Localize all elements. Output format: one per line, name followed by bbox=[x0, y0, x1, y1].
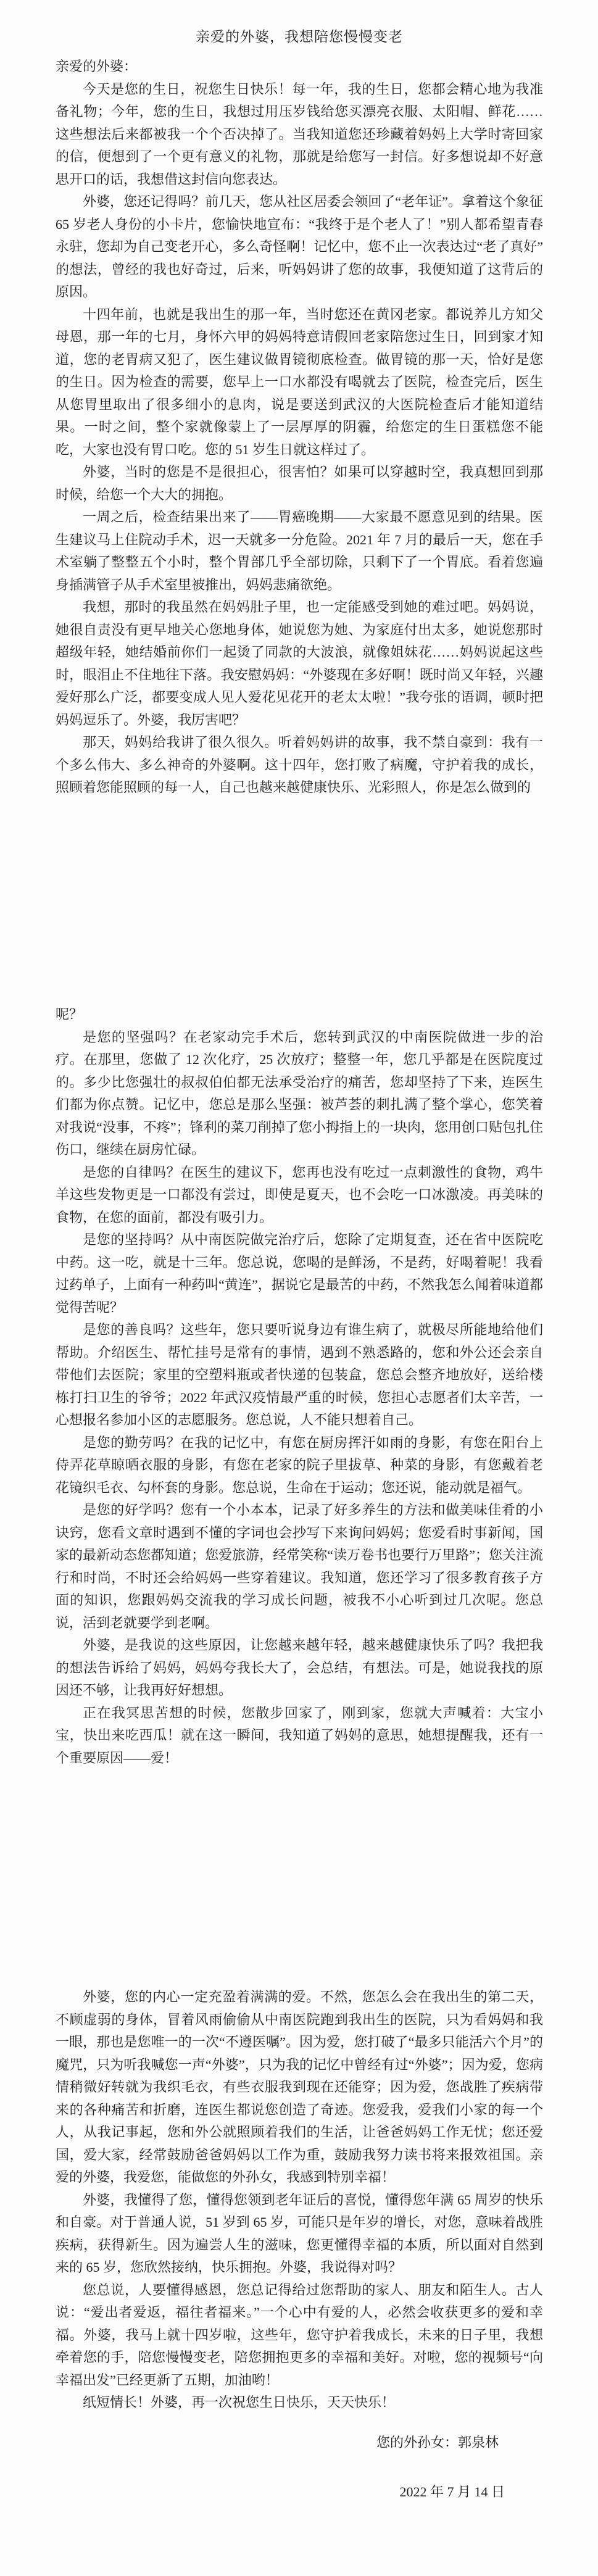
letter-page-2: 呢？ 是您的坚强吗？在老家动完手术后，您转到武汉的中南医院做进一步的治疗。在那里… bbox=[56, 1003, 543, 1769]
letter-paragraph: 那天，妈妈给我讲了很久很久。听着妈妈讲的故事，我不禁自豪到：我有一个多么伟大、多… bbox=[56, 731, 543, 799]
letter-salutation: 亲爱的外婆： bbox=[56, 56, 543, 78]
letter-paragraph: 我想，那时的我虽然在妈妈肚子里，也一定能感受到她的难过吧。妈妈说，她很自责没有更… bbox=[56, 596, 543, 731]
letter-paragraph: 是您的坚强吗？在老家动完手术后，您转到武汉的中南医院做进一步的治疗。在那里，您做… bbox=[56, 1026, 543, 1161]
letter-title: 亲爱的外婆，我想陪您慢慢变老 bbox=[56, 26, 543, 48]
letter-paragraph: 外婆，当时的您是不是很担心，很害怕？如果可以穿越时空，我真想回到那时候，给您一个… bbox=[56, 461, 543, 506]
letter-paragraph: 外婆，您的内心一定充盈着满满的爱。不然，您怎么会在我出生的第二天，不顾虚弱的身体… bbox=[56, 1986, 543, 2189]
letter-paragraph-carryover: 呢？ bbox=[56, 1003, 543, 1026]
letter-paragraph: 外婆，是我说的这些原因，让您越来越年轻，越来越健康快乐了吗？我把我的想法告诉给了… bbox=[56, 1634, 543, 1702]
letter-paragraph: 正在我冥思苦想的时候，您散步回家了，刚到家，您就大声喊着：大宝小宝，快出来吃西瓜… bbox=[56, 1702, 543, 1770]
letter-paragraph: 是您的勤劳吗？在我的记忆中，有您在厨房挥汗如雨的身影，有您在阳台上侍弄花草晾晒衣… bbox=[56, 1432, 543, 1500]
letter-page-1: 亲爱的外婆，我想陪您慢慢变老 亲爱的外婆： 今天是您的生日，祝您生日快乐！每一年… bbox=[56, 26, 543, 799]
letter-paragraph: 是您的自律吗？在医生的建议下，您再也没有吃过一点刺激性的食物，鸡牛羊这些发物更是… bbox=[56, 1161, 543, 1229]
letter-paragraph: 十四年前，也就是我出生的那一年，当时您还在黄冈老家。都说养儿方知父母恩，那一年的… bbox=[56, 304, 543, 462]
letter-paragraph: 外婆，我懂得了您，懂得您领到老年证后的喜悦，懂得您年满 65 周岁的快乐和自豪。… bbox=[56, 2189, 543, 2279]
letter-paragraph: 一周之后，检查结果出来了——胃癌晚期——大家最不愿意见到的结果。医生建议马上住院… bbox=[56, 506, 543, 596]
letter-page-3: 外婆，您的内心一定充盈着满满的爱。不然，您怎么会在我出生的第二天，不顾虚弱的身体… bbox=[56, 1986, 543, 2504]
letter-closing-line: 纸短情长！外婆，再一次祝您生日快乐，天天快乐！ bbox=[56, 2391, 543, 2414]
letter-paragraph: 今天是您的生日，祝您生日快乐！每一年，我的生日，您都会精心地为我准备礼物；今年，… bbox=[56, 78, 543, 191]
letter-date: 2022 年 7 月 14 日 bbox=[56, 2481, 543, 2504]
letter-paragraph: 是您的坚持吗？从中南医院做完治疗后，您除了定期复查，还在省中医院吃中药。这一吃，… bbox=[56, 1229, 543, 1319]
letter-document: 亲爱的外婆，我想陪您慢慢变老 亲爱的外婆： 今天是您的生日，祝您生日快乐！每一年… bbox=[0, 0, 598, 2576]
letter-paragraph: 是您的好学吗？您有一个小本本，记录了好多养生的方法和做美味佳肴的小诀窍，您看文章… bbox=[56, 1499, 543, 1634]
letter-paragraph: 您总说，人要懂得感恩，您总记得给过您帮助的家人、朋友和陌生人。古人说：“爱出者爱… bbox=[56, 2279, 543, 2392]
letter-paragraph: 是您的善良吗？这些年，您只要听说身边有谁生病了，就极尽所能地给他们帮助。介绍医生… bbox=[56, 1319, 543, 1432]
letter-paragraph: 外婆，您还记得吗？前几天，您从社区居委会领回了“老年证”。拿着这个象征 65 岁… bbox=[56, 191, 543, 304]
letter-signature: 您的外孙女：郭泉林 bbox=[56, 2432, 543, 2454]
